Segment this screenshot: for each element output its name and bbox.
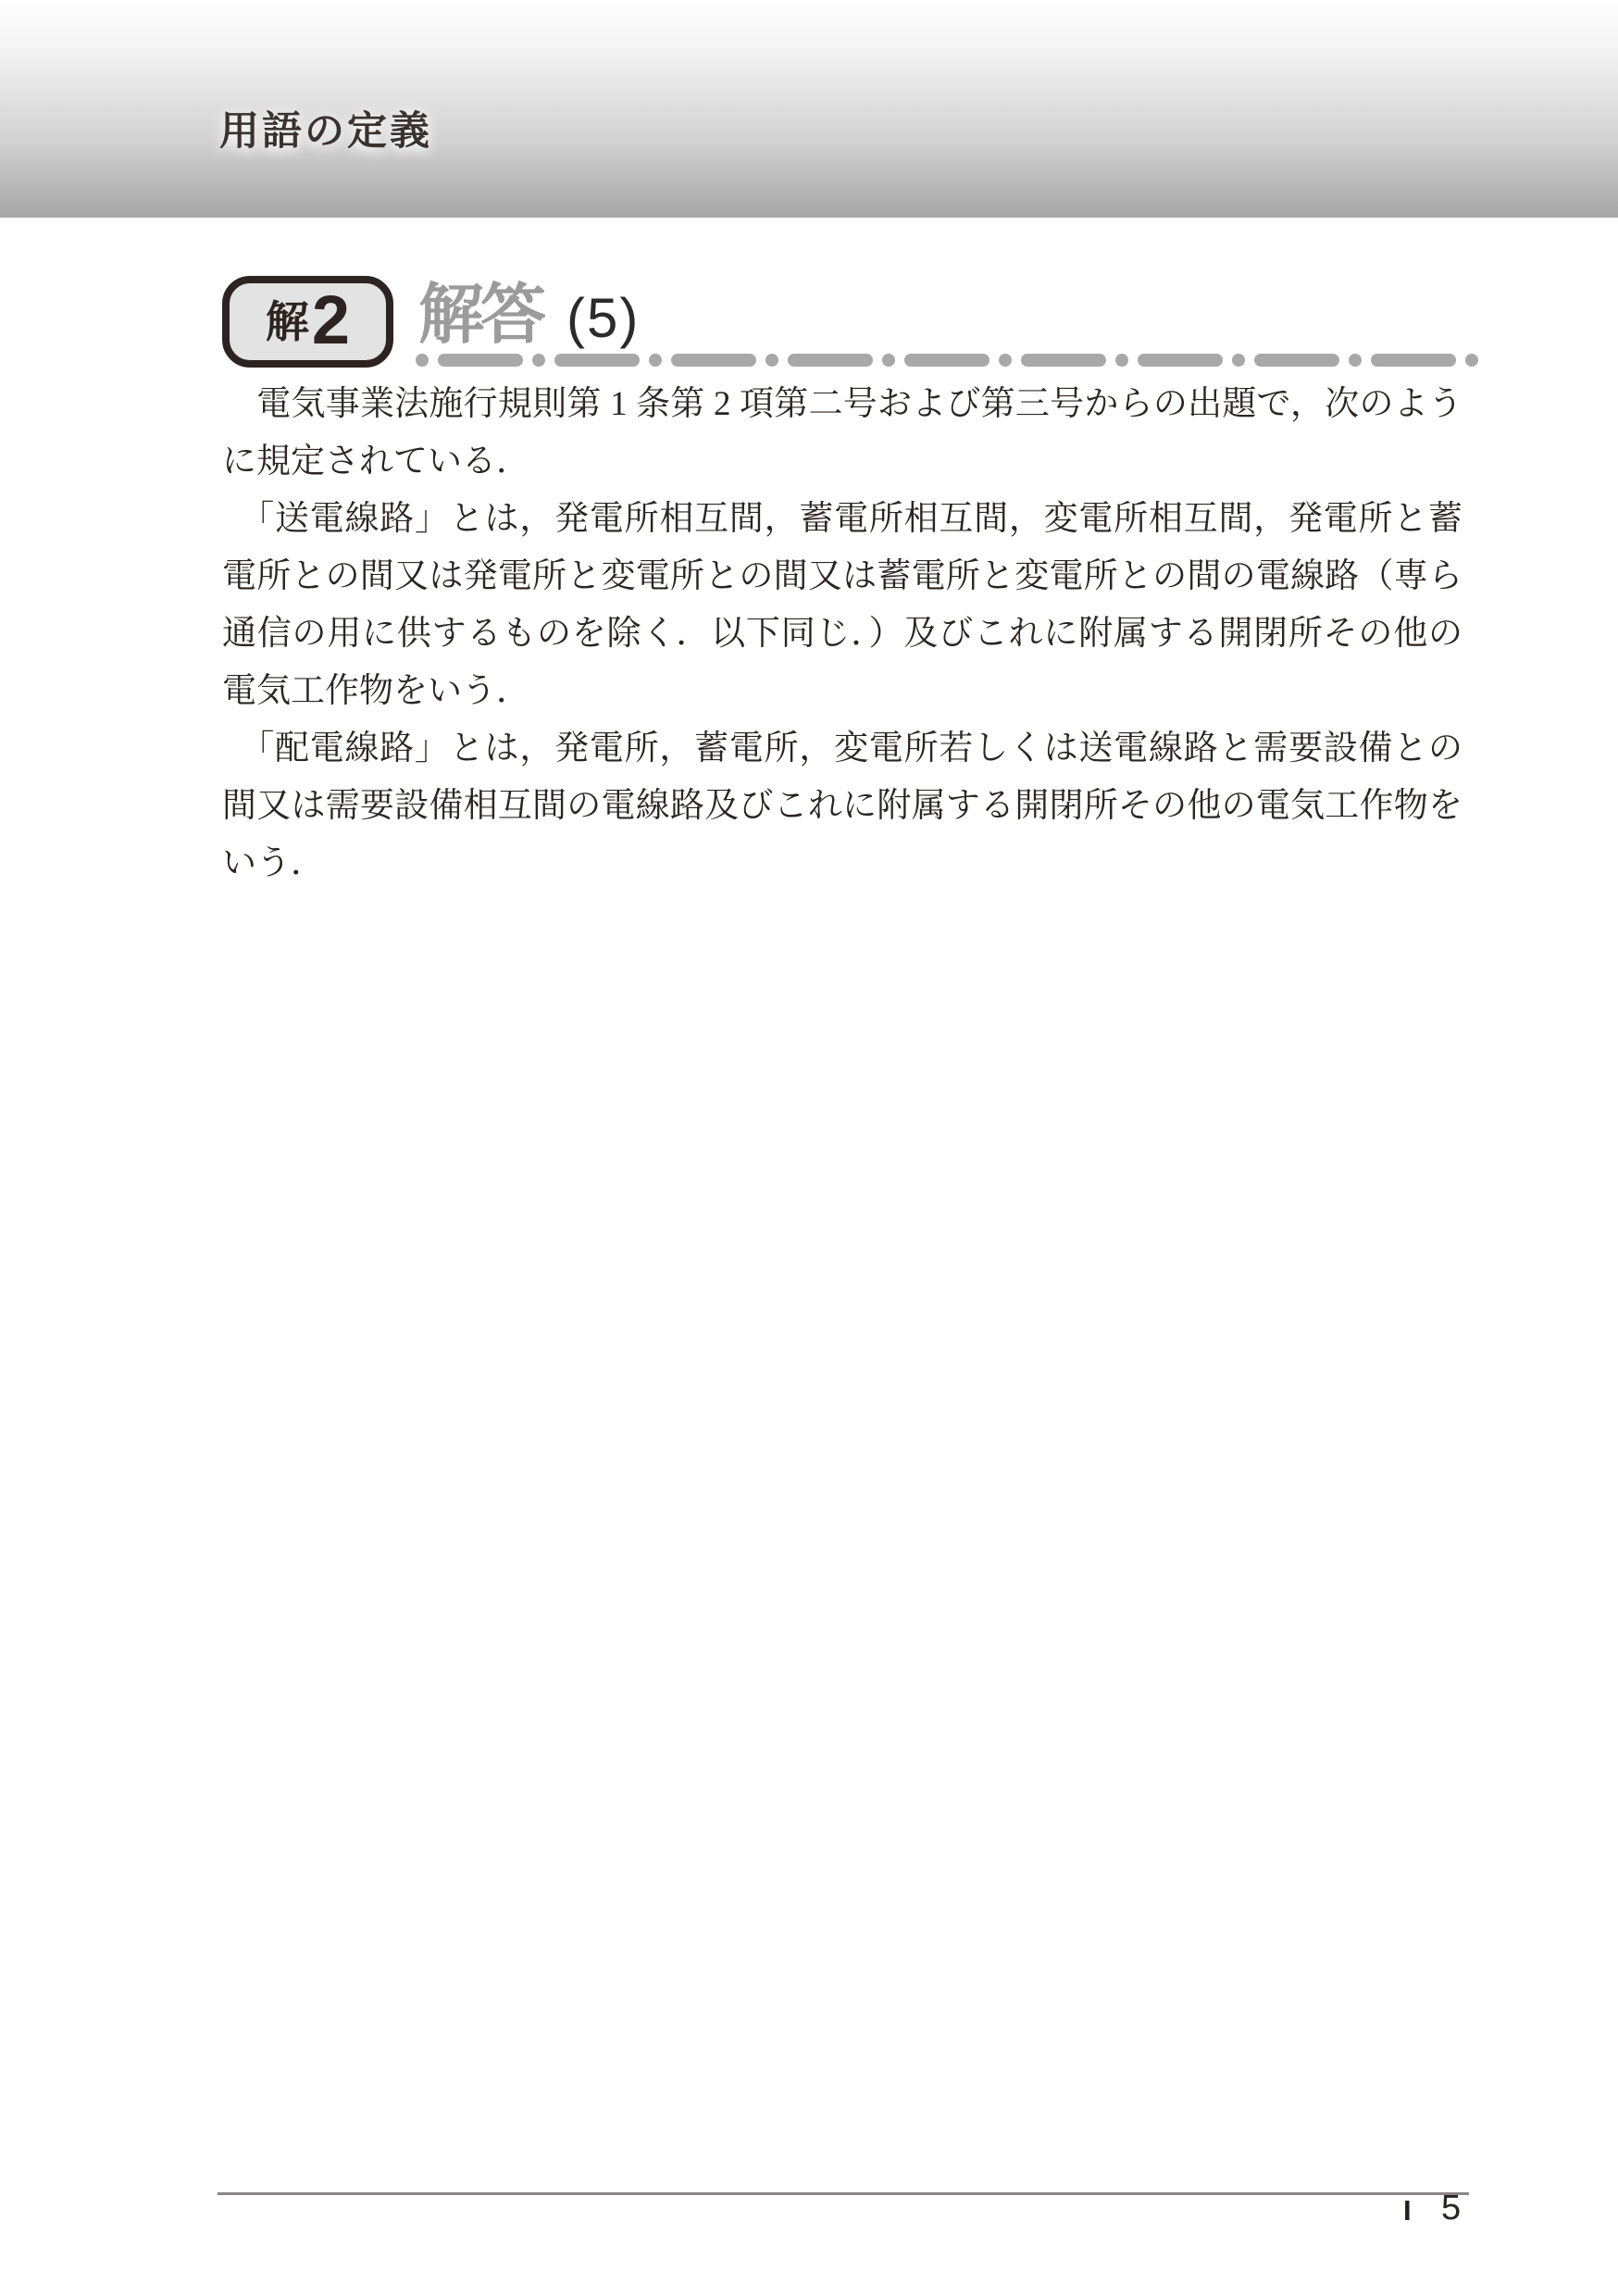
footer-part-label: I [1403,2196,1412,2225]
answer-option-number: (5) [566,291,640,346]
body-line: いう． [222,835,1462,892]
answer-heading: 解答 (5) [418,282,640,348]
answer-heading-title: 解答 [418,282,542,348]
body-line: 電気事業法施行規則第 1 条第 2 項第二号および第三号からの出題で，次のよう [222,376,1462,433]
answer-badge-number: 2 [312,286,350,355]
book-page: 用語の定義 解 2 解答 (5) 電気事業法施行規則第 1 条第 2 項第二号お… [0,0,1618,2296]
answer-badge-label: 解 [266,300,309,343]
footer-rule [218,2192,1469,2195]
footer-page-number: 5 [1441,2190,1461,2226]
body-line: 「送電線路」とは，発電所相互間，蓄電所相互間，変電所相互間，発電所と蓄 [222,491,1462,548]
body-line: 電所との間又は発電所と変電所との間又は蓄電所と変電所との間の電線路（専ら [222,548,1462,605]
body-line: 通信の用に供するものを除く．以下同じ．）及びこれに附属する開閉所その他の [222,605,1462,663]
body-line: 電気工作物をいう． [222,663,1462,720]
body-line: 間又は需要設備相互間の電線路及びこれに附属する開閉所その他の電気工作物を [222,778,1462,835]
body-line: 「配電線路」とは，発電所，蓄電所，変電所若しくは送電線路と需要設備との [222,720,1462,778]
header-chapter-title: 用語の定義 [219,109,432,154]
body-line: に規定されている． [222,433,1462,491]
answer-badge: 解 2 [222,276,393,368]
answer-body: 電気事業法施行規則第 1 条第 2 項第二号および第三号からの出題で，次のよう … [222,376,1462,892]
dashed-divider-line [413,349,1487,371]
page-header: 用語の定義 [0,0,1618,218]
